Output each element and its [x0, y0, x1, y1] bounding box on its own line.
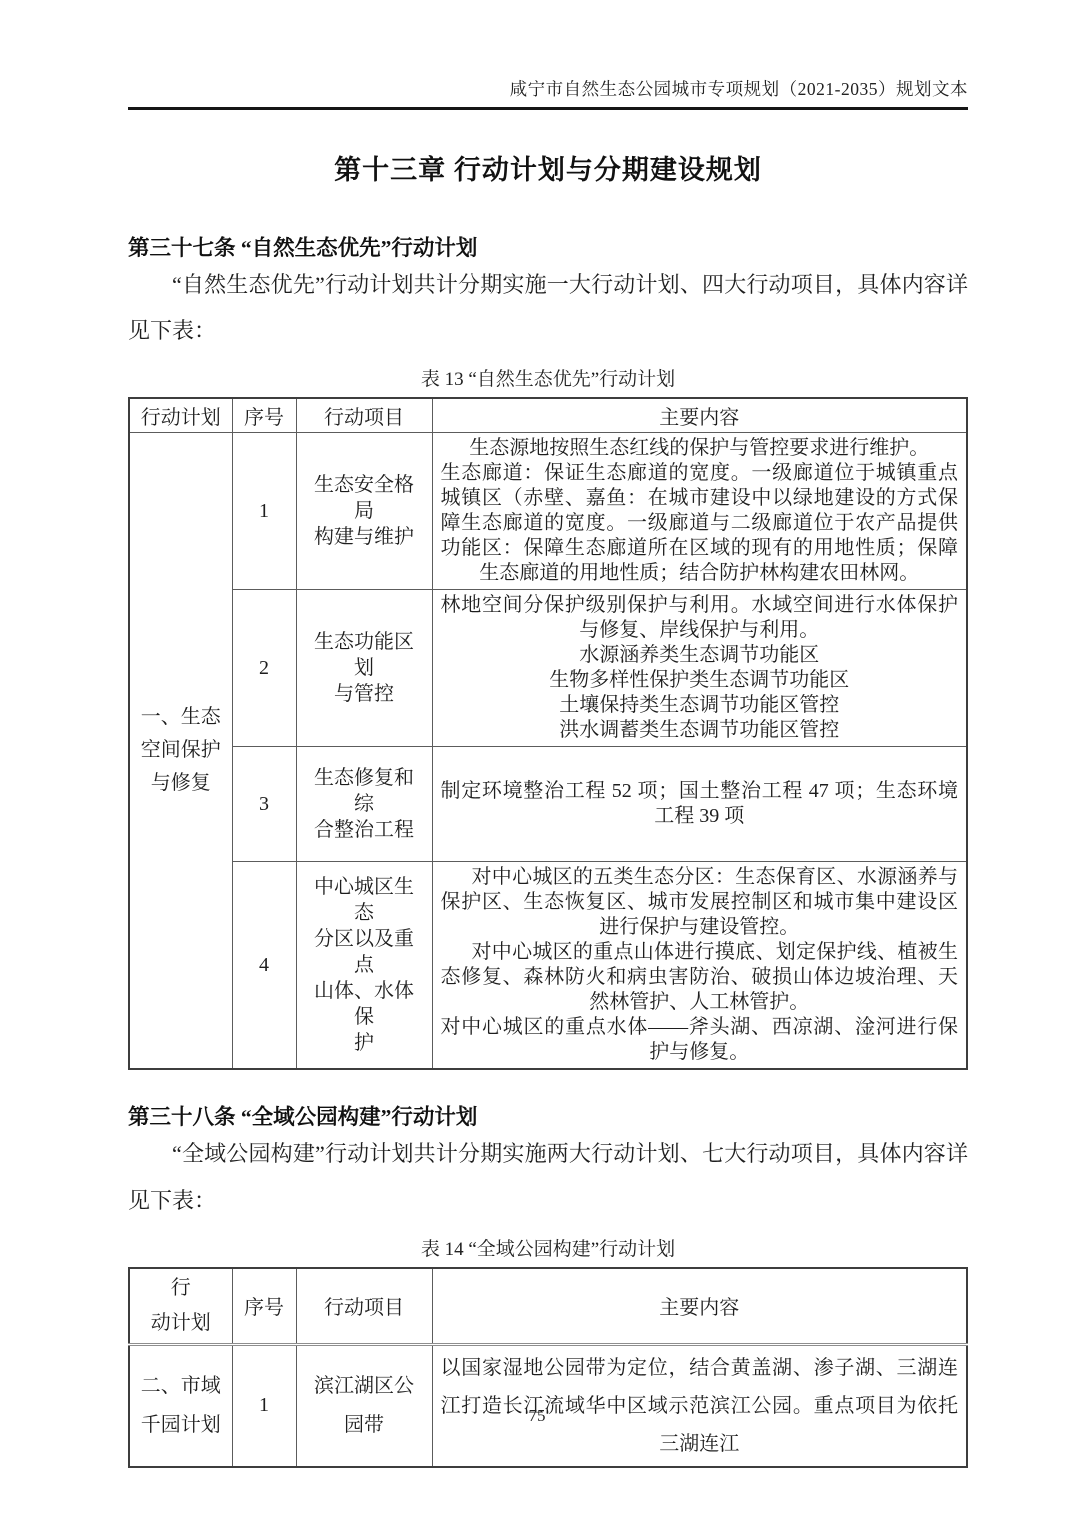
- content-paragraph: 生态廊道：保证生态廊道的宽度。一级廊道位于城镇重点城镇区（赤壁、嘉鱼：在城市建设…: [441, 461, 959, 586]
- content-paragraph: 林地空间分保护级别保护与利用。水域空间进行水体保护与修复、岸线保护与利用。: [441, 593, 959, 643]
- running-header: 咸宁市自然生态公园城市专项规划（2021-2035）规划文本: [128, 76, 968, 110]
- col-header-number: 序号: [232, 398, 296, 433]
- col-header-project: 行动项目: [296, 398, 432, 433]
- chapter-title: 第十三章 行动计划与分期建设规划: [128, 148, 968, 187]
- project-cell: 生态安全格局 构建与维护: [296, 433, 432, 590]
- col-header-number: 序号: [232, 1268, 296, 1345]
- project-cell: 生态修复和综 合整治工程: [296, 747, 432, 862]
- page-number: 75: [0, 1406, 1074, 1426]
- col-header-main-content: 主要内容: [432, 1268, 967, 1345]
- section-38-intro-paragraph: “全域公园构建”行动计划共计分期实施两大行动计划、七大行动项目，具体内容详见下表…: [128, 1131, 968, 1223]
- row-number-cell: 2: [232, 590, 296, 747]
- col-header-action-plan: 行 动计划: [129, 1268, 232, 1345]
- col-header-action-plan: 行动计划: [129, 398, 232, 433]
- table-row: 3 生态修复和综 合整治工程 制定环境整治工程 52 项；国土整治工程 47 项…: [129, 747, 967, 862]
- table-14-caption: 表 14 “全域公园构建”行动计划: [128, 1234, 968, 1261]
- section-heading-38: 第三十八条 “全域公园构建”行动计划: [128, 1100, 968, 1131]
- table-13-header-row: 行动计划 序号 行动项目 主要内容: [129, 398, 967, 433]
- project-cell: 中心城区生态 分区以及重点 山体、水体保 护: [296, 862, 432, 1070]
- content-paragraph: 生物多样性保护类生态调节功能区: [441, 668, 959, 693]
- running-header-text: 咸宁市自然生态公园城市专项规划（2021-2035）规划文本: [510, 79, 968, 99]
- content-cell: 林地空间分保护级别保护与利用。水域空间进行水体保护与修复、岸线保护与利用。 水源…: [432, 590, 967, 747]
- group-cell-ecological-space: 一、生态 空间保护 与修复: [129, 433, 232, 1070]
- content-cell: 生态源地按照生态红线的保护与管控要求进行维护。 生态廊道：保证生态廊道的宽度。一…: [432, 433, 967, 590]
- col-header-project: 行动项目: [296, 1268, 432, 1345]
- row-number-cell: 1: [232, 433, 296, 590]
- table-14-header-row: 行 动计划 序号 行动项目 主要内容: [129, 1268, 967, 1345]
- content-paragraph: 对中心城区的重点水体——斧头湖、西凉湖、淦河进行保护与修复。: [441, 1015, 959, 1065]
- content-cell: 对中心城区的五类生态分区：生态保育区、水源涵养与保护区、生态恢复区、城市发展控制…: [432, 862, 967, 1070]
- row-number-cell: 3: [232, 747, 296, 862]
- content-paragraph: 洪水调蓄类生态调节功能区管控: [441, 718, 959, 743]
- section-heading-37: 第三十七条 “自然生态优先”行动计划: [128, 231, 968, 262]
- project-cell: 生态功能区划 与管控: [296, 590, 432, 747]
- table-14: 行 动计划 序号 行动项目 主要内容 二、市域 千园计划 1 滨江湖区公 园带 …: [128, 1267, 968, 1468]
- content-paragraph: 生态源地按照生态红线的保护与管控要求进行维护。: [441, 436, 959, 461]
- table-13: 行动计划 序号 行动项目 主要内容 一、生态 空间保护 与修复 1 生态安全格局…: [128, 397, 968, 1070]
- table-row: 一、生态 空间保护 与修复 1 生态安全格局 构建与维护 生态源地按照生态红线的…: [129, 433, 967, 590]
- content-paragraph: 制定环境整治工程 52 项；国土整治工程 47 项；生态环境工程 39 项: [441, 779, 959, 829]
- table-row: 2 生态功能区划 与管控 林地空间分保护级别保护与利用。水域空间进行水体保护与修…: [129, 590, 967, 747]
- content-paragraph: 土壤保持类生态调节功能区管控: [441, 693, 959, 718]
- content-paragraph: 对中心城区的重点山体进行摸底、划定保护线、植被生态修复、森林防火和病虫害防治、破…: [441, 940, 959, 1015]
- content-paragraph: 对中心城区的五类生态分区：生态保育区、水源涵养与保护区、生态恢复区、城市发展控制…: [441, 865, 959, 940]
- content-cell: 制定环境整治工程 52 项；国土整治工程 47 项；生态环境工程 39 项: [432, 747, 967, 862]
- col-header-main-content: 主要内容: [432, 398, 967, 433]
- content-paragraph: 水源涵养类生态调节功能区: [441, 643, 959, 668]
- document-page: 咸宁市自然生态公园城市专项规划（2021-2035）规划文本 第十三章 行动计划…: [0, 0, 1074, 1520]
- content-area: 咸宁市自然生态公园城市专项规划（2021-2035）规划文本 第十三章 行动计划…: [0, 0, 1074, 1468]
- table-13-caption: 表 13 “自然生态优先”行动计划: [128, 364, 968, 391]
- table-row: 4 中心城区生态 分区以及重点 山体、水体保 护 对中心城区的五类生态分区：生态…: [129, 862, 967, 1070]
- section-37-intro-paragraph: “自然生态优先”行动计划共计分期实施一大行动计划、四大行动项目，具体内容详见下表…: [128, 262, 968, 354]
- row-number-cell: 4: [232, 862, 296, 1070]
